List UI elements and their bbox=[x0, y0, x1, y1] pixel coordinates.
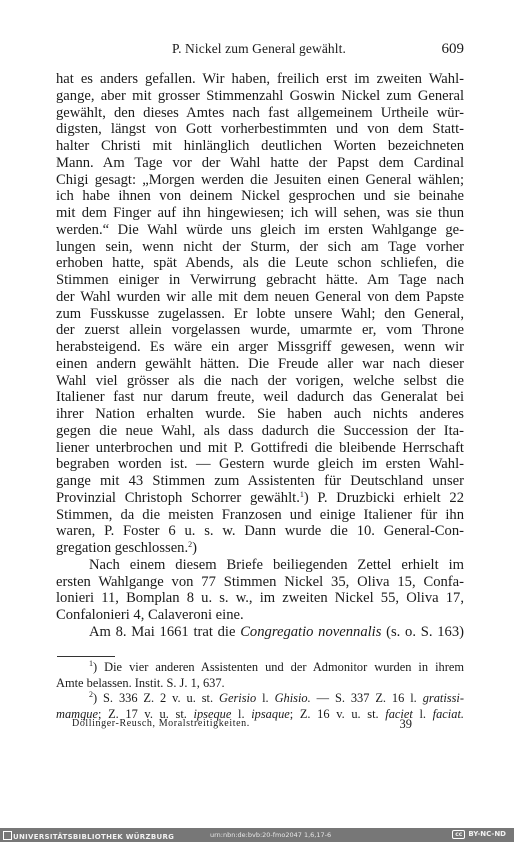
text-line: begraben worden ist. — Gestern wurde gle… bbox=[56, 456, 464, 473]
signature-line: Döllinger-Reusch, Moralstreitigkeiten. 3… bbox=[72, 718, 412, 732]
footer-bar: UNIVERSITÄTSBIBLIOTHEK WÜRZBURG urn:nbn:… bbox=[0, 828, 514, 842]
footnote-1: 1) Die vier anderen Assistenten und der … bbox=[56, 660, 464, 676]
text-line: hat es anders gefallen. Wir haben, freil… bbox=[56, 71, 464, 88]
text-line: waren, P. Foster 6 u. s. w. Dann wurde d… bbox=[56, 523, 464, 540]
text-line: werden.“ Die Wahl würde uns gleich im er… bbox=[56, 222, 464, 239]
text-line: Stimmen einiger in Verwirrung gebracht h… bbox=[56, 272, 464, 289]
text-line: liener unterbrochen und mit P. Gottifred… bbox=[56, 440, 464, 457]
text-line: gegen die neue Wahl, als dass dadurch di… bbox=[56, 423, 464, 440]
urn-link[interactable]: urn:nbn:de:bvb:20-fmo2047 1,6,17-6 bbox=[210, 831, 331, 839]
text-line: halter Christi mit hinlänglich deutliche… bbox=[56, 138, 464, 155]
text-line: erhoben hatte, spät Abends, als die Leut… bbox=[56, 255, 464, 272]
text-line: einen andern gewählt hätten. Die Freude … bbox=[56, 356, 464, 373]
footnote-separator bbox=[57, 656, 115, 657]
running-head-title: P. Nickel zum General gewählt. bbox=[172, 41, 346, 57]
text-line: gange mit 43 Stimmen zum Assistenten für… bbox=[56, 473, 464, 490]
text-line: Chigi gesagt: „Morgen werden die Jesuite… bbox=[56, 172, 464, 189]
text-line: Nach einem diesem Briefe beiliegenden Ze… bbox=[56, 557, 464, 574]
creative-commons-icon: cc bbox=[452, 830, 465, 839]
text-line: ersten Wahlgange von 77 Stimmen Nickel 3… bbox=[56, 574, 464, 591]
footnotes: 1) Die vier anderen Assistenten und der … bbox=[56, 660, 464, 722]
text-line: Am 8. Mai 1661 trat die Congregatio nove… bbox=[56, 624, 464, 641]
text-line: Confalonieri 4, Calaveroni eine. bbox=[56, 607, 464, 624]
footnote-1-cont: Amte belassen. Instit. S. J. 1, 637. bbox=[56, 676, 464, 692]
text-line: Stimmen, da die meisten Franzosen und ei… bbox=[56, 507, 464, 524]
running-head: P. Nickel zum General gewählt. 609 bbox=[56, 41, 464, 59]
library-logo-icon bbox=[3, 831, 12, 840]
footnote-2: 2) S. 336 Z. 2 v. u. st. Gerisio l. Ghis… bbox=[56, 691, 464, 707]
text-line: gange, aber mit grosser Stimmenzahl Gosw… bbox=[56, 88, 464, 105]
page-number: 609 bbox=[442, 41, 465, 58]
text-line: digsten, längst von Gott vorherbestimmte… bbox=[56, 121, 464, 138]
text-line: mit dem Finger auf ihn hingewiesen; ich … bbox=[56, 205, 464, 222]
text-line: der Wahl wurden wir alle mit dem neuen G… bbox=[56, 289, 464, 306]
body-text: hat es anders gefallen. Wir haben, freil… bbox=[56, 71, 464, 641]
text-line: gregation geschlossen.2) bbox=[56, 540, 464, 557]
signature-number: 39 bbox=[400, 717, 413, 732]
text-line: lonieri 11, Bomplan 8 u. s. w., im zweit… bbox=[56, 590, 464, 607]
text-line: ich habe ihnen von deinem Nickel gesproc… bbox=[56, 188, 464, 205]
text-line: ihrer Nation erhalten wurde. Sie haben a… bbox=[56, 406, 464, 423]
text-line: der zuerst allein vorgelassen wurde, uma… bbox=[56, 322, 464, 339]
text-line: Italiener fast nur darum freute, weil da… bbox=[56, 389, 464, 406]
library-logo[interactable]: UNIVERSITÄTSBIBLIOTHEK WÜRZBURG bbox=[3, 831, 174, 841]
scanned-book-page: P. Nickel zum General gewählt. 609 hat e… bbox=[0, 0, 514, 826]
text-line: herabsteigend. Es wäre ein arger Missgri… bbox=[56, 339, 464, 356]
license-badge[interactable]: ccBY-NC-ND bbox=[452, 830, 506, 839]
text-line: Provinzial Christoph Schorrer gewählt.1)… bbox=[56, 490, 464, 507]
text-line: gewählt, den dieses Amtes nach fast allg… bbox=[56, 105, 464, 122]
signature-title: Döllinger-Reusch, Moralstreitigkeiten. bbox=[72, 718, 250, 729]
text-line: Wahl viel grösser als die nach der vorig… bbox=[56, 373, 464, 390]
text-line: lungen sein, wenn nicht der Sturm, der s… bbox=[56, 239, 464, 256]
text-line: Mann. Am Tage vor der Wahl hatte der Pap… bbox=[56, 155, 464, 172]
text-line: zum Fusskusse zugelassen. Er lobte unser… bbox=[56, 306, 464, 323]
